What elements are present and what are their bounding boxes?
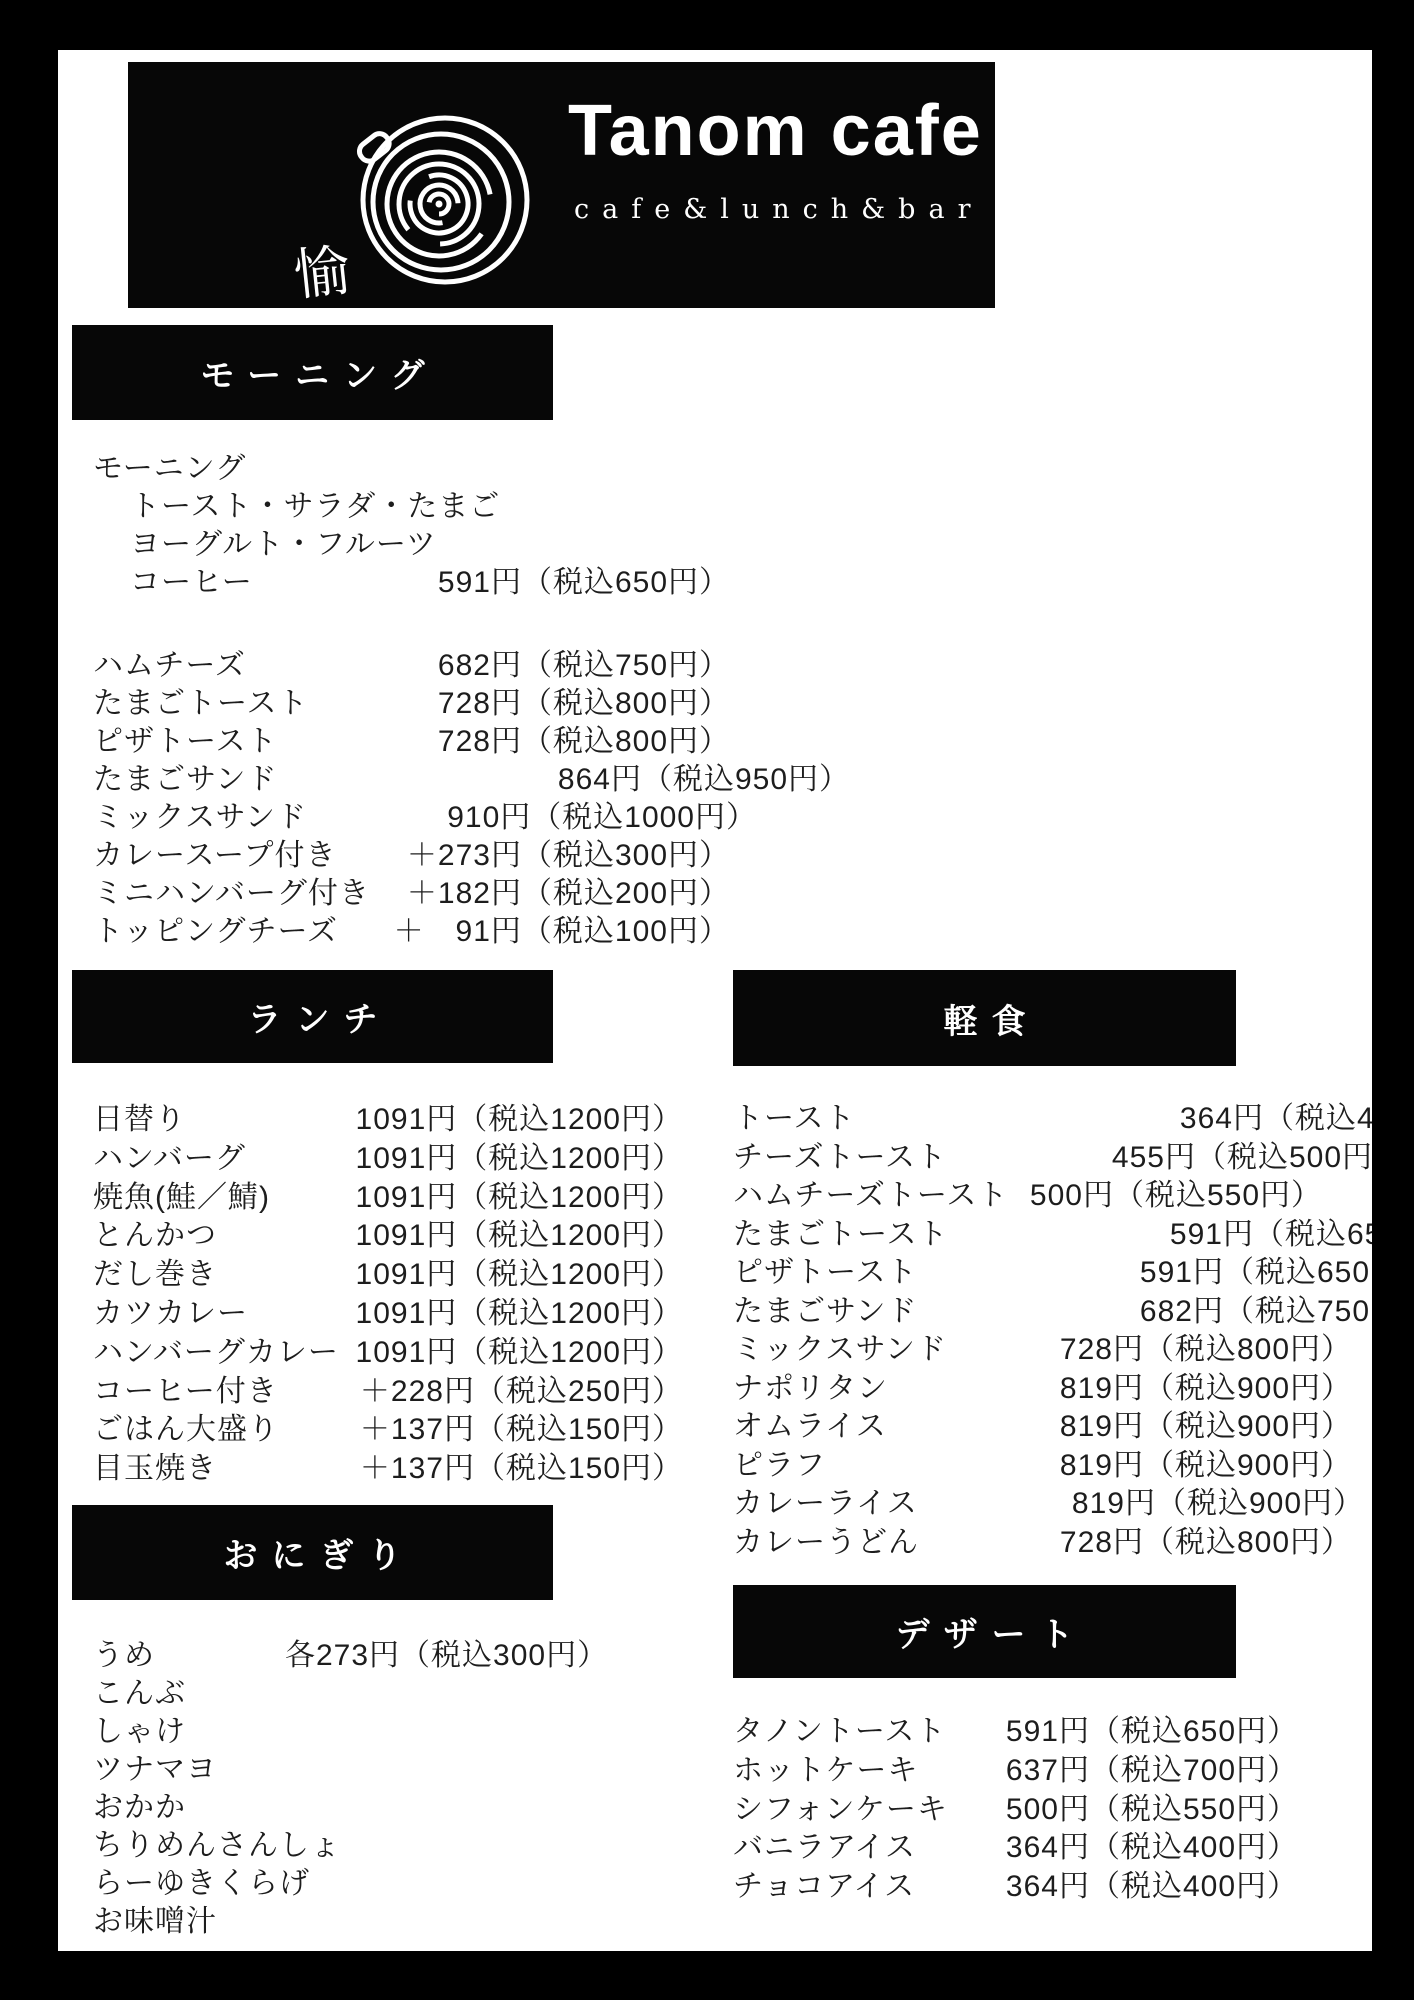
brand-tagline: cafe&lunch&bar (574, 194, 983, 225)
menu-item-row: たまごサンド 682円（税込750円） (733, 1286, 1352, 1325)
menu-item-row: ごはん大盛り ＋137円（税込150円） (93, 1404, 683, 1443)
section-title-morning: モーニング (72, 325, 553, 420)
section-title-keishoku: 軽食 (733, 970, 1236, 1066)
menu-item-row: ちりめんさんしょ (93, 1820, 730, 1858)
item-name: チョコアイス (733, 1861, 915, 1905)
item-price: 500円（税込550円） (1006, 1784, 1298, 1828)
item-price: 500円（税込550円） (1030, 1170, 1322, 1214)
section-title-lunch: ランチ (72, 970, 553, 1063)
item-name: ピラフ (733, 1440, 826, 1484)
item-name: トッピングチーズ (93, 906, 338, 950)
menu-item-row: たまごトースト 591円（税込650円） (733, 1209, 1352, 1248)
item-price: 364円（税込400円） (1180, 1093, 1372, 1137)
item-price: 1091円（税込1200円） (356, 1210, 683, 1254)
item-price: ＋137円（税込150円） (360, 1404, 683, 1448)
item-name: コーヒー付き (93, 1366, 278, 1410)
onigiri-item-list: うめ 各273円（税込300円） こんぶ しゃけ ツナマヨ おかか (93, 1630, 730, 1934)
item-price: 455円（税込500円） (1112, 1132, 1372, 1176)
menu-item-row: ホットケーキ 637円（税込700円） (733, 1745, 1298, 1784)
menu-item-row: ピザトースト 591円（税込650円） (733, 1247, 1352, 1286)
menu-item-row: たまごサンド 864円（税込950円） (93, 754, 730, 792)
menu-item-row: ハンバーグ 1091円（税込1200円） (93, 1133, 683, 1172)
item-name: カツカレー (93, 1288, 248, 1332)
menu-item-row: だし巻き 1091円（税込1200円） (93, 1249, 683, 1288)
menu-item-row: ピラフ 819円（税込900円） (733, 1440, 1352, 1479)
brand-banner: 愉 Tanom cafe cafe&lunch&bar (128, 62, 995, 308)
coffee-latte-art-icon (350, 102, 536, 294)
item-name: オムライス (733, 1401, 887, 1445)
item-price: 728円（税込800円） (1060, 1324, 1352, 1368)
menu-item-row: トッピングチーズ ＋ 91円（税込100円） (93, 906, 730, 944)
item-price: 591円（税込650円） (1170, 1209, 1372, 1253)
menu-item-row: ヨーグルト・フルーツ (93, 519, 730, 557)
item-name: 日替り (93, 1094, 186, 1138)
menu-item-row: カレーライス 819円（税込900円） (733, 1478, 1352, 1517)
lunch-item-list: 日替り 1091円（税込1200円） ハンバーグ 1091円（税込1200円） … (93, 1094, 683, 1482)
menu-item-row: チーズトースト 455円（税込500円） (733, 1132, 1352, 1171)
item-name: お味噌汁 (93, 1896, 285, 1940)
menu-item-row: ミックスサンド 910円（税込1000円） (93, 792, 730, 830)
menu-item-row: トースト 364円（税込400円） (733, 1093, 1352, 1132)
item-price: 1091円（税込1200円） (356, 1133, 683, 1177)
item-name: コーヒー (130, 557, 253, 601)
menu-item-row: オムライス 819円（税込900円） (733, 1401, 1352, 1440)
menu-item-row: トースト・サラダ・たまご (93, 481, 730, 519)
menu-item-row: ツナマヨ (93, 1744, 730, 1782)
item-price: 819円（税込900円） (1072, 1478, 1364, 1522)
menu-item-row: ハンバーグカレー 1091円（税込1200円） (93, 1327, 683, 1366)
item-price: 1091円（税込1200円） (356, 1094, 683, 1138)
item-name: たまごサンド (733, 1286, 918, 1330)
section-title-dessert: デザート (733, 1585, 1236, 1678)
item-price: 682円（税込750円） (1140, 1286, 1372, 1330)
item-name: ごはん大盛り (93, 1404, 279, 1448)
item-name: カレーうどん (733, 1517, 919, 1561)
item-name: だし巻き (93, 1249, 217, 1293)
menu-item-row: うめ 各273円（税込300円） (93, 1630, 730, 1668)
item-name: タノントースト (733, 1706, 946, 1750)
menu-item-row: とんかつ 1091円（税込1200円） (93, 1210, 683, 1249)
keishoku-item-list: トースト 364円（税込400円） チーズトースト 455円（税込500円） ハ… (733, 1093, 1352, 1555)
item-name: ピザトースト (733, 1247, 918, 1291)
item-price: 1091円（税込1200円） (356, 1327, 683, 1371)
menu-item-row: らーゆきくらげ (93, 1858, 730, 1896)
item-name: 焼魚(鮭／鯖) (93, 1172, 270, 1216)
morning-set-block: モーニング トースト・サラダ・たまご ヨーグルト・フルーツ コーヒー 591円（… (93, 443, 730, 595)
menu-item-row: 焼魚(鮭／鯖) 1091円（税込1200円） (93, 1172, 683, 1211)
item-name: ミックスサンド (733, 1324, 947, 1368)
item-price: ＋228円（税込250円） (360, 1366, 683, 1410)
item-price: 819円（税込900円） (1060, 1401, 1352, 1445)
menu-item-row: ハムチーズトースト 500円（税込550円） (733, 1170, 1352, 1209)
menu-item-row: コーヒー付き ＋228円（税込250円） (93, 1366, 683, 1405)
section-title-onigiri: おにぎり (72, 1505, 553, 1600)
menu-item-row: ミックスサンド 728円（税込800円） (733, 1324, 1352, 1363)
item-price: ＋ 91円（税込100円） (394, 906, 730, 950)
item-name: ハンバーグ (93, 1133, 246, 1177)
item-price: 591円（税込650円） (1140, 1247, 1372, 1291)
item-price: 910円（税込1000円） (447, 792, 757, 836)
item-name: ハムチーズトースト (733, 1170, 1008, 1214)
menu-item-row: 日替り 1091円（税込1200円） (93, 1094, 683, 1133)
menu-item-row: チョコアイス 364円（税込400円） (733, 1861, 1298, 1900)
item-name: ハンバーグカレー (93, 1327, 339, 1371)
menu-item-row: 目玉焼き ＋137円（税込150円） (93, 1443, 683, 1482)
item-price: 1091円（税込1200円） (356, 1288, 683, 1332)
item-name: とんかつ (93, 1210, 217, 1254)
menu-item-row: シフォンケーキ 500円（税込550円） (733, 1784, 1298, 1823)
item-price: 364円（税込400円） (1006, 1861, 1298, 1905)
item-price: 591円（税込650円） (1006, 1706, 1298, 1750)
item-name: カレーライス (733, 1478, 918, 1522)
item-name: シフォンケーキ (733, 1784, 948, 1828)
item-price: 819円（税込900円） (1060, 1363, 1352, 1407)
menu-item-row: おかか (93, 1782, 730, 1820)
brand-name: Tanom cafe (568, 90, 983, 172)
menu-item-row: ミニハンバーグ付き ＋182円（税込200円） (93, 868, 730, 906)
menu-item-row: ピザトースト 728円（税込800円） (93, 716, 730, 754)
item-price: 728円（税込800円） (1060, 1517, 1352, 1561)
item-name: ホットケーキ (733, 1745, 918, 1789)
menu-item-row: カツカレー 1091円（税込1200円） (93, 1288, 683, 1327)
item-price: 各273円（税込300円） (285, 1630, 608, 1674)
menu-item-row: ナポリタン 819円（税込900円） (733, 1363, 1352, 1402)
item-price: 637円（税込700円） (1006, 1745, 1298, 1789)
menu-item-row: カレーうどん 728円（税込800円） (733, 1517, 1352, 1556)
menu-item-row: タノントースト 591円（税込650円） (733, 1706, 1298, 1745)
item-price: 1091円（税込1200円） (356, 1249, 683, 1293)
item-name: ナポリタン (733, 1363, 888, 1407)
item-name: バニラアイス (733, 1822, 916, 1866)
menu-item-row: しゃけ (93, 1706, 730, 1744)
menu-page: 愉 Tanom cafe cafe&lunch&bar モーニング モーニング … (58, 50, 1372, 1951)
item-name: チーズトースト (733, 1132, 947, 1176)
menu-item-row: たまごトースト 728円（税込800円） (93, 678, 730, 716)
item-name: トースト (733, 1093, 856, 1137)
item-name: たまごトースト (733, 1209, 949, 1253)
item-name: 目玉焼き (93, 1443, 217, 1487)
dessert-item-list: タノントースト 591円（税込650円） ホットケーキ 637円（税込700円）… (733, 1706, 1298, 1900)
item-price: ＋137円（税込150円） (360, 1443, 683, 1487)
brand-stamp: 愉 (291, 243, 353, 305)
menu-item-row: ハムチーズ 682円（税込750円） (93, 640, 730, 678)
menu-item-row: お味噌汁 (93, 1896, 730, 1934)
item-price: 1091円（税込1200円） (356, 1172, 683, 1216)
morning-set-name-row: モーニング (93, 443, 730, 481)
item-price: 591円（税込650円） (438, 557, 730, 601)
item-price: 819円（税込900円） (1060, 1440, 1352, 1484)
item-price: 364円（税込400円） (1006, 1822, 1298, 1866)
menu-item-row: バニラアイス 364円（税込400円） (733, 1822, 1298, 1861)
morning-item-list: ハムチーズ 682円（税込750円） たまごトースト 728円（税込800円） … (93, 640, 730, 944)
morning-set-items: トースト・サラダ・たまご ヨーグルト・フルーツ コーヒー 591円（税込650円… (93, 481, 730, 595)
